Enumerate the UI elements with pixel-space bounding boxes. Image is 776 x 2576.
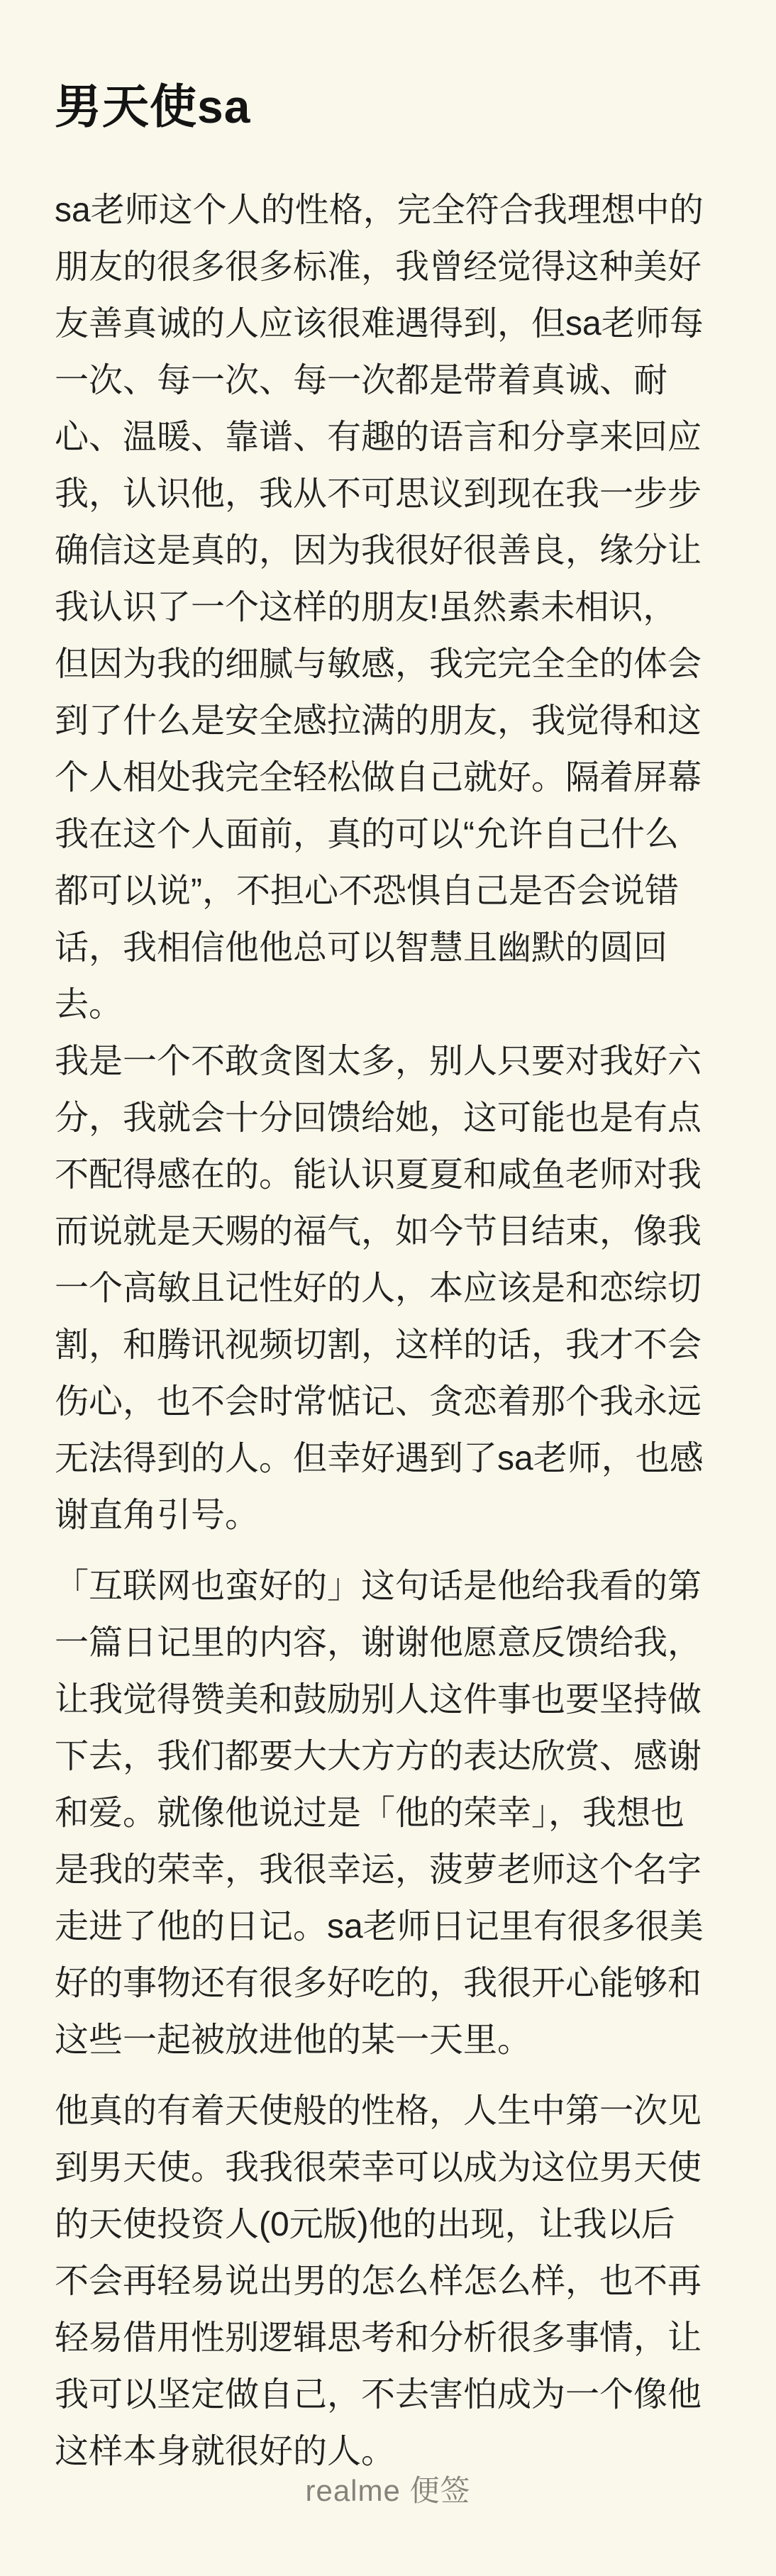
note-title: 男天使sa <box>55 75 708 138</box>
note-paragraph-4: 他真的有着天使般的性格，人生中第一次见到男天使。我我很荣幸可以成为这位男天使的天… <box>55 2083 708 2480</box>
note-paragraph-3: 「互联网也蛮好的」这句话是他给我看的第一篇日记里的内容，谢谢他愿意反馈给我，让我… <box>55 1558 708 2069</box>
note-paragraph-2: 我是一个不敢贪图太多，别人只要对我好六分，我就会十分回馈给她，这可能也是有点不配… <box>55 1033 708 1544</box>
app-watermark: realme 便签 <box>0 2471 776 2511</box>
note-paragraph-1: sa老师这个人的性格，完全符合我理想中的朋友的很多很多标准，我曾经觉得这种美好友… <box>55 182 708 1033</box>
note-body: sa老师这个人的性格，完全符合我理想中的朋友的很多很多标准，我曾经觉得这种美好友… <box>55 182 708 2480</box>
note-card: 男天使sa sa老师这个人的性格，完全符合我理想中的朋友的很多很多标准，我曾经觉… <box>0 0 776 2480</box>
note-page: { "note": { "title": "男天使sa", "paragraph… <box>0 0 776 2576</box>
